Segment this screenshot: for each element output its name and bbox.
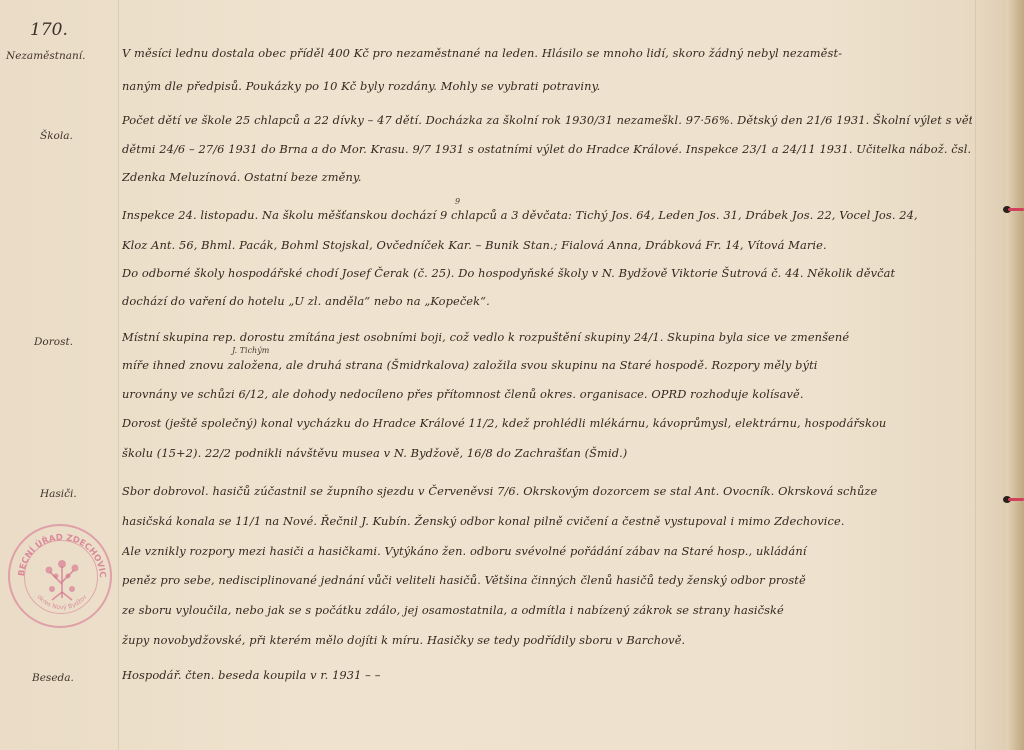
text-line: Počet dětí ve škole 25 chlapců a 22 dívk… <box>122 113 972 127</box>
section-label-nezamestnani: Nezaměstnaní. <box>6 50 85 62</box>
text-line: Inspekce 24. listopadu. Na školu měšťans… <box>122 208 972 222</box>
superscript-note: 9 <box>455 197 460 206</box>
text-line: Místní skupina rep. dorostu zmítána jest… <box>122 330 972 344</box>
text-line: dětmi 24/6 – 27/6 1931 do Brna a do Mor.… <box>122 142 972 156</box>
binding-thread-icon <box>1008 498 1024 501</box>
text-line: školu (15+2). 22/2 podnikli návštěvu mus… <box>122 446 972 460</box>
archive-page: 170. Nezaměstnaní. V měsíci lednu dostal… <box>0 0 1024 750</box>
text-line: Dorost (ještě společný) konal vycházku d… <box>122 416 972 430</box>
right-rule <box>975 0 976 750</box>
section-label-dorost: Dorost. <box>34 336 73 348</box>
text-line: naným dle předpisů. Poukázky po 10 Kč by… <box>122 79 972 93</box>
text-line: urovnány ve schůzi 6/12, ale dohody nedo… <box>122 387 972 401</box>
coat-of-arms-icon: OBECNÍ ÚŘAD ZDECHOVICE okres Nový Bydžov <box>10 526 114 630</box>
text-line: ze sboru vyloučila, nebo jak se s počátk… <box>122 603 972 617</box>
section-label-beseda: Beseda. <box>32 672 74 684</box>
page-number: 170. <box>30 20 68 40</box>
book-spine <box>1006 0 1024 750</box>
text-line: peněz pro sebe, nedisciplinované jednání… <box>122 573 972 587</box>
text-line: hasičská konala se 11/1 na Nové. Řečnil … <box>122 514 972 528</box>
text-line: dochází do vaření do hotelu „U zl. anděl… <box>122 294 972 308</box>
text-line: V měsíci lednu dostala obec příděl 400 K… <box>122 46 972 60</box>
margin-rule <box>118 0 119 750</box>
text-line: Kloz Ant. 56, Bhml. Pacák, Bohml Stojska… <box>122 238 972 252</box>
official-stamp: OBECNÍ ÚŘAD ZDECHOVICE okres Nový Bydžov <box>8 524 112 628</box>
text-line: Sbor dobrovol. hasičů zúčastnil se župní… <box>122 484 972 498</box>
superscript-note: J. Tichým <box>232 346 269 355</box>
text-line: župy novobydžovské, při kterém mělo dojí… <box>122 633 972 647</box>
binding-thread-icon <box>1008 208 1024 211</box>
text-line: Hospodář. čten. beseda koupila v r. 1931… <box>122 668 972 682</box>
section-label-hasici: Hasiči. <box>40 488 77 500</box>
text-line: Ale vznikly rozpory mezi hasiči a hasičk… <box>122 544 972 558</box>
svg-text:OBECNÍ ÚŘAD ZDECHOVICE: OBECNÍ ÚŘAD ZDECHOVICE <box>10 526 107 578</box>
section-label-skola: Škola. <box>40 130 73 142</box>
text-line: Zdenka Meluzínová. Ostatní beze změny. <box>122 170 972 184</box>
text-line: míře ihned znovu založena, ale druhá str… <box>122 358 972 372</box>
text-line: Do odborné školy hospodářské chodí Josef… <box>122 266 972 280</box>
